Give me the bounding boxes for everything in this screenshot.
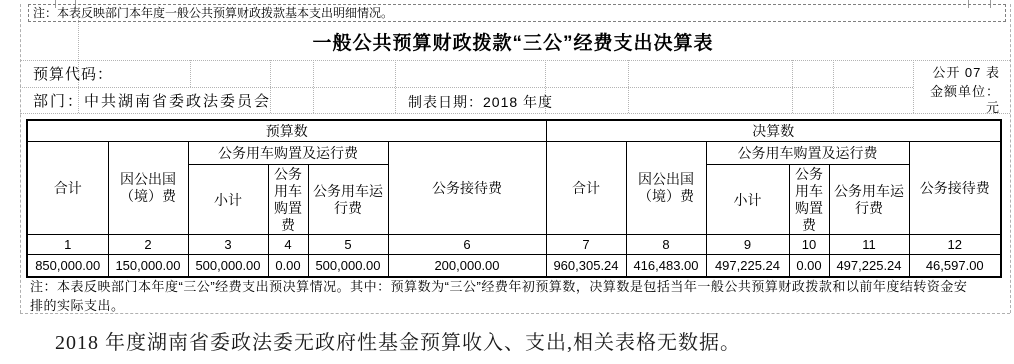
final-value-abroad: 416,483.00 xyxy=(626,255,706,277)
department-label: 部门：中共湖南省委政法委员会 xyxy=(33,90,271,111)
report-date: 制表日期：2018 年度 xyxy=(408,92,553,112)
page-boundary-left xyxy=(20,4,21,313)
gridline xyxy=(913,60,914,113)
column-number: 2 xyxy=(108,235,188,255)
col-header-reception-budget: 公务接待费 xyxy=(388,142,546,235)
final-value-subtotal: 497,225.24 xyxy=(706,255,789,277)
column-number: 8 xyxy=(626,235,706,255)
gridline xyxy=(792,60,793,113)
section-header-budget: 预算数 xyxy=(27,120,546,142)
col-header-subtotal-budget: 小计 xyxy=(188,165,268,235)
final-value-reception: 46,597.00 xyxy=(909,255,1001,277)
top-note: 注：本表反映部门本年度一般公共预算财政拨款基本支出明细情况。 xyxy=(28,4,1006,22)
three-public-expense-table: 预算数 决算数 合计 因公出国 （境）费 公务用车购置及运行费 公务接待费 合计… xyxy=(26,119,1002,278)
budget-value-total: 850,000.00 xyxy=(27,255,108,277)
col-header-vehicle-operation-final: 公务用车运 行费 xyxy=(829,165,909,235)
col-header-reception-final: 公务接待费 xyxy=(909,142,1001,235)
column-number: 6 xyxy=(388,235,546,255)
col-header-subtotal-final: 小计 xyxy=(706,165,789,235)
col-header-total-budget: 合计 xyxy=(27,142,108,235)
column-number: 12 xyxy=(909,235,1001,255)
final-value-vehicle-operation: 497,225.24 xyxy=(829,255,909,277)
gridline xyxy=(20,60,1010,61)
column-number: 10 xyxy=(789,235,829,255)
group-header-vehicle-budget: 公务用车购置及运行费 xyxy=(188,142,388,165)
gridline xyxy=(20,87,913,88)
column-number: 9 xyxy=(706,235,789,255)
col-header-vehicle-operation-budget: 公务用车运 行费 xyxy=(308,165,388,235)
budget-value-abroad: 150,000.00 xyxy=(108,255,188,277)
amount-unit-value: 元 xyxy=(986,97,1000,116)
gridline xyxy=(190,60,191,87)
budget-code-label: 预算代码： xyxy=(33,63,113,84)
column-number: 5 xyxy=(308,235,388,255)
gridline xyxy=(833,60,834,113)
group-header-vehicle-final: 公务用车购置及运行费 xyxy=(706,142,909,165)
budget-disclosure-sheet: 注：本表反映部门本年度一般公共预算财政拨款基本支出明细情况。 一般公共预算财政拨… xyxy=(0,0,1014,364)
column-number: 4 xyxy=(268,235,308,255)
public-table-number: 公开 07 表 xyxy=(932,62,1000,81)
final-value-vehicle-purchase: 0.00 xyxy=(789,255,829,277)
column-number: 11 xyxy=(829,235,909,255)
col-header-vehicle-purchase-final: 公务 用车 购置 费 xyxy=(789,165,829,235)
gridline xyxy=(313,60,314,113)
budget-value-reception: 200,000.00 xyxy=(388,255,546,277)
col-header-total-final: 合计 xyxy=(546,142,626,235)
gridline xyxy=(628,60,629,113)
column-number: 1 xyxy=(27,235,108,255)
budget-value-vehicle-purchase: 0.00 xyxy=(268,255,308,277)
gridline xyxy=(20,113,1010,114)
bottom-statement: 2018 年度湖南省委政法委无政府性基金预算收入、支出,相关表格无数据。 xyxy=(55,326,741,355)
col-header-abroad-budget: 因公出国 （境）费 xyxy=(108,142,188,235)
column-number: 3 xyxy=(188,235,268,255)
col-header-abroad-final: 因公出国 （境）费 xyxy=(626,142,706,235)
budget-value-subtotal: 500,000.00 xyxy=(188,255,268,277)
final-value-total: 960,305.24 xyxy=(546,255,626,277)
column-number: 7 xyxy=(546,235,626,255)
section-header-final: 决算数 xyxy=(546,120,1001,142)
col-header-vehicle-purchase-budget: 公务 用车 购置 费 xyxy=(268,165,308,235)
page-title: 一般公共预算财政拨款“三公”经费支出决算表 xyxy=(26,28,1000,55)
page-boundary-right xyxy=(1010,4,1011,313)
gridline xyxy=(395,60,396,113)
budget-value-vehicle-operation: 500,000.00 xyxy=(308,255,388,277)
footer-note: 注：本表反映部门本年度“三公”经费支出预决算情况。其中：预算数为“三公”经费年初… xyxy=(30,277,1014,315)
